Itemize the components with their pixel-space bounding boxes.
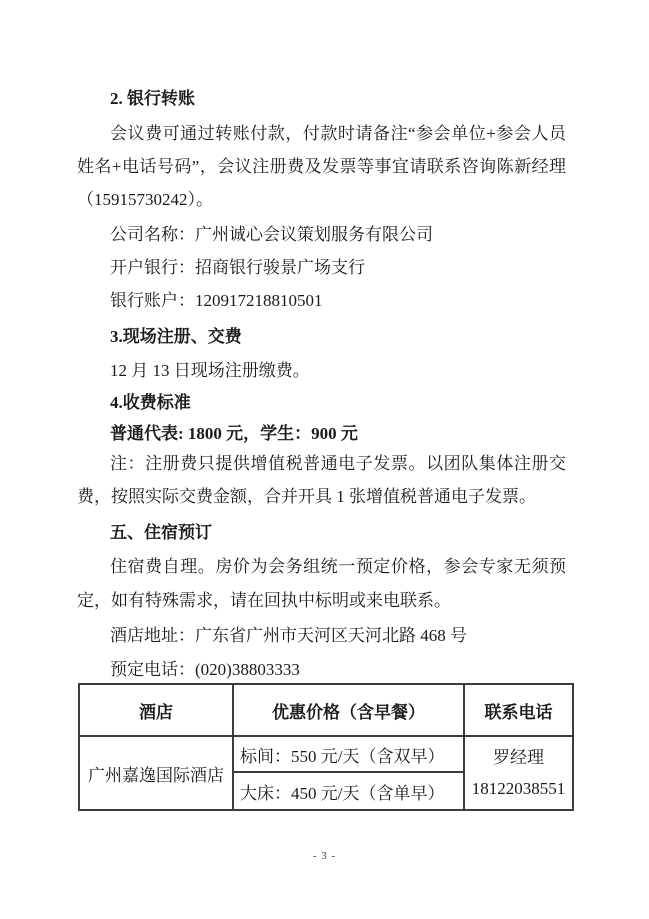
- table-cell-hotel-name: 广州嘉逸国际酒店: [79, 736, 233, 810]
- transfer-paragraph-line-2: 姓名+电话号码”，会议注册费及发票等事宜请联系咨询陈新经理: [77, 156, 566, 178]
- table-header-hotel: 酒店: [79, 684, 233, 736]
- bank-branch-line: 开户银行：招商银行骏景广场支行: [110, 257, 365, 279]
- fee-standard-line: 普通代表: 1800 元，学生：900 元: [110, 423, 358, 445]
- contact-manager-name: 罗经理: [465, 742, 572, 773]
- table-header-price: 优惠价格（含早餐）: [233, 684, 464, 736]
- heading-fee-standard: 4.收费标准: [110, 392, 191, 414]
- heading-onsite-registration: 3.现场注册、交费: [110, 326, 242, 348]
- table-header-contact: 联系电话: [464, 684, 573, 736]
- page-number: - 3 -: [0, 850, 649, 862]
- table-header-row: 酒店 优惠价格（含早餐） 联系电话: [79, 684, 573, 736]
- heading-accommodation: 五、住宿预订: [110, 522, 212, 544]
- onsite-registration-line: 12 月 13 日现场注册缴费。: [110, 360, 310, 382]
- accommodation-line-2: 定，如有特殊需求，请在回执中标明或来电联系。: [77, 590, 451, 612]
- heading-bank-transfer: 2. 银行转账: [110, 88, 195, 110]
- table-cell-price-standard: 标间：550 元/天（含双早）: [233, 736, 464, 772]
- hotel-address-line: 酒店地址：广东省广州市天河区天河北路 468 号: [110, 625, 467, 647]
- invoice-note-line-2: 费，按照实际交费金额，合并开具 1 张增值税普通电子发票。: [77, 486, 536, 508]
- invoice-note-line-1: 注：注册费只提供增值税普通电子发票。以团队集体注册交: [110, 453, 566, 475]
- company-name-line: 公司名称：广州诚心会议策划服务有限公司: [110, 224, 433, 246]
- hotel-booking-phone-line: 预定电话：(020)38803333: [110, 659, 300, 681]
- table-row-standard: 广州嘉逸国际酒店 标间：550 元/天（含双早） 罗经理 18122038551: [79, 736, 573, 772]
- hotel-price-table: 酒店 优惠价格（含早餐） 联系电话 广州嘉逸国际酒店 标间：550 元/天（含双…: [78, 683, 574, 811]
- transfer-paragraph-line-1: 会议费可通过转账付款，付款时请备注“参会单位+参会人员: [110, 123, 566, 145]
- document-page: 2. 银行转账 会议费可通过转账付款，付款时请备注“参会单位+参会人员 姓名+电…: [0, 0, 649, 919]
- table-cell-price-king: 大床：450 元/天（含单早）: [233, 772, 464, 810]
- transfer-paragraph-line-3: （15915730242）。: [77, 189, 213, 211]
- bank-account-line: 银行账户：120917218810501: [110, 290, 323, 312]
- contact-phone-number: 18122038551: [465, 773, 572, 804]
- accommodation-line-1: 住宿费自理。房价为会务组统一预定价格，参会专家无须预: [110, 556, 566, 578]
- table-cell-contact: 罗经理 18122038551: [464, 736, 573, 810]
